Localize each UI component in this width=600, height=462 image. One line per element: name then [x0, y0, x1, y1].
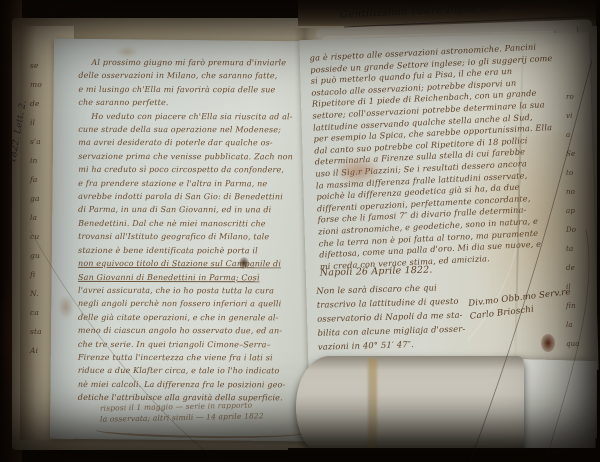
wax-ink-blob: [541, 334, 555, 352]
faint-archival-annotation: risposi il 1 maggio — serie in rapporto …: [100, 400, 264, 424]
left-letter-text: Al prossimo giugno mi farò premura d'inv…: [78, 56, 307, 405]
manuscript-line: l'avrei assicurata, che io ho posta tutt…: [78, 284, 306, 298]
postscript-block: Non le sarà discaro che qui trascrivo la…: [316, 279, 478, 353]
manuscript-line: nè miei calcoli. La differenza fra le po…: [78, 378, 306, 392]
manuscript-line: delle già citate operazioni, e che in ge…: [78, 311, 306, 325]
manuscript-line: trovansi all'Istituto geografico di Mila…: [78, 230, 306, 244]
foxing-stain: [116, 46, 138, 58]
manuscript-photo: 1822. Lett. 2. se mo de il s'a in fa ga …: [0, 0, 600, 462]
manuscript-line: delle osservazioni in Milano, che sarann…: [78, 69, 306, 83]
manuscript-line: avrebbe indotti parola di San Gio: di Be…: [78, 190, 306, 204]
manuscript-line-underlined: San Giovanni di Benedettini in Parma; Co…: [78, 270, 306, 284]
manuscript-line: di Parma, in una di San Giovanni, ed in …: [78, 203, 306, 217]
loose-sheet-corner: [513, 359, 597, 455]
rust-smear-stain: [333, 157, 383, 185]
manuscript-line: cune strade della sua operazione nel Mod…: [78, 123, 306, 137]
bottom-shadow: [288, 448, 600, 462]
right-margin-text-fragments: ro vi a Se to no ap Do ta de il fin la q…: [566, 88, 580, 354]
manuscript-line: mi ha creduto sì poco circospetto da con…: [78, 163, 306, 177]
manuscript-line: servazione prima che venisse pubblicata.…: [78, 150, 306, 164]
manuscript-line-underlined: non equivoco titolo di Stazione sul Camp…: [78, 257, 306, 271]
ink-stain: [239, 257, 249, 269]
left-letter-sheet: Al prossimo giugno mi farò premura d'inv…: [50, 39, 312, 442]
manuscript-line: meno di ciascun angolo ho osservato due,…: [78, 324, 306, 338]
foxing-stain: [58, 295, 74, 319]
manuscript-line: Benedettini. Dal che nè miei manoscritti…: [78, 217, 306, 231]
manuscript-line: Firenze tutta l'incertezza che viene fra…: [78, 351, 306, 365]
manuscript-line: stazione è bene identificata poichè port…: [78, 244, 306, 258]
manuscript-line: Al prossimo giugno mi farò premura d'inv…: [78, 56, 306, 70]
manuscript-line: che saranno perfette.: [78, 96, 306, 110]
manuscript-line: ma avrei desiderato di poterle dar qualc…: [78, 136, 306, 150]
manuscript-line: riduce a due Klafter circa, e tale io l'…: [78, 364, 306, 378]
manuscript-line: che tre serie. In quei triangoli Cimone–…: [78, 337, 306, 351]
manuscript-line: e mi lusingo ch'Ella mi favorirà copia d…: [78, 83, 306, 97]
left-margin-text-fragments: se mo de il s'a in fa ga la cu gu fi N. …: [30, 56, 42, 360]
right-letter-text: ga è rispetto alle osservazioni astronom…: [309, 39, 593, 272]
rolled-paper: [296, 356, 524, 458]
manuscript-line: Ho veduto con piacere ch'Ella sia riusci…: [78, 110, 306, 124]
manuscript-line: negli angoli perchè non fossero inferior…: [78, 297, 306, 311]
right-letter-sheet: ga è rispetto alle osservazioni astronom…: [299, 32, 598, 378]
manuscript-line: e fra prendere stazione e l'altra in Par…: [78, 177, 306, 191]
rolled-paper-stain-line: [368, 358, 377, 455]
letter-date: Napoli 26 Aprile 1822.: [320, 264, 433, 278]
